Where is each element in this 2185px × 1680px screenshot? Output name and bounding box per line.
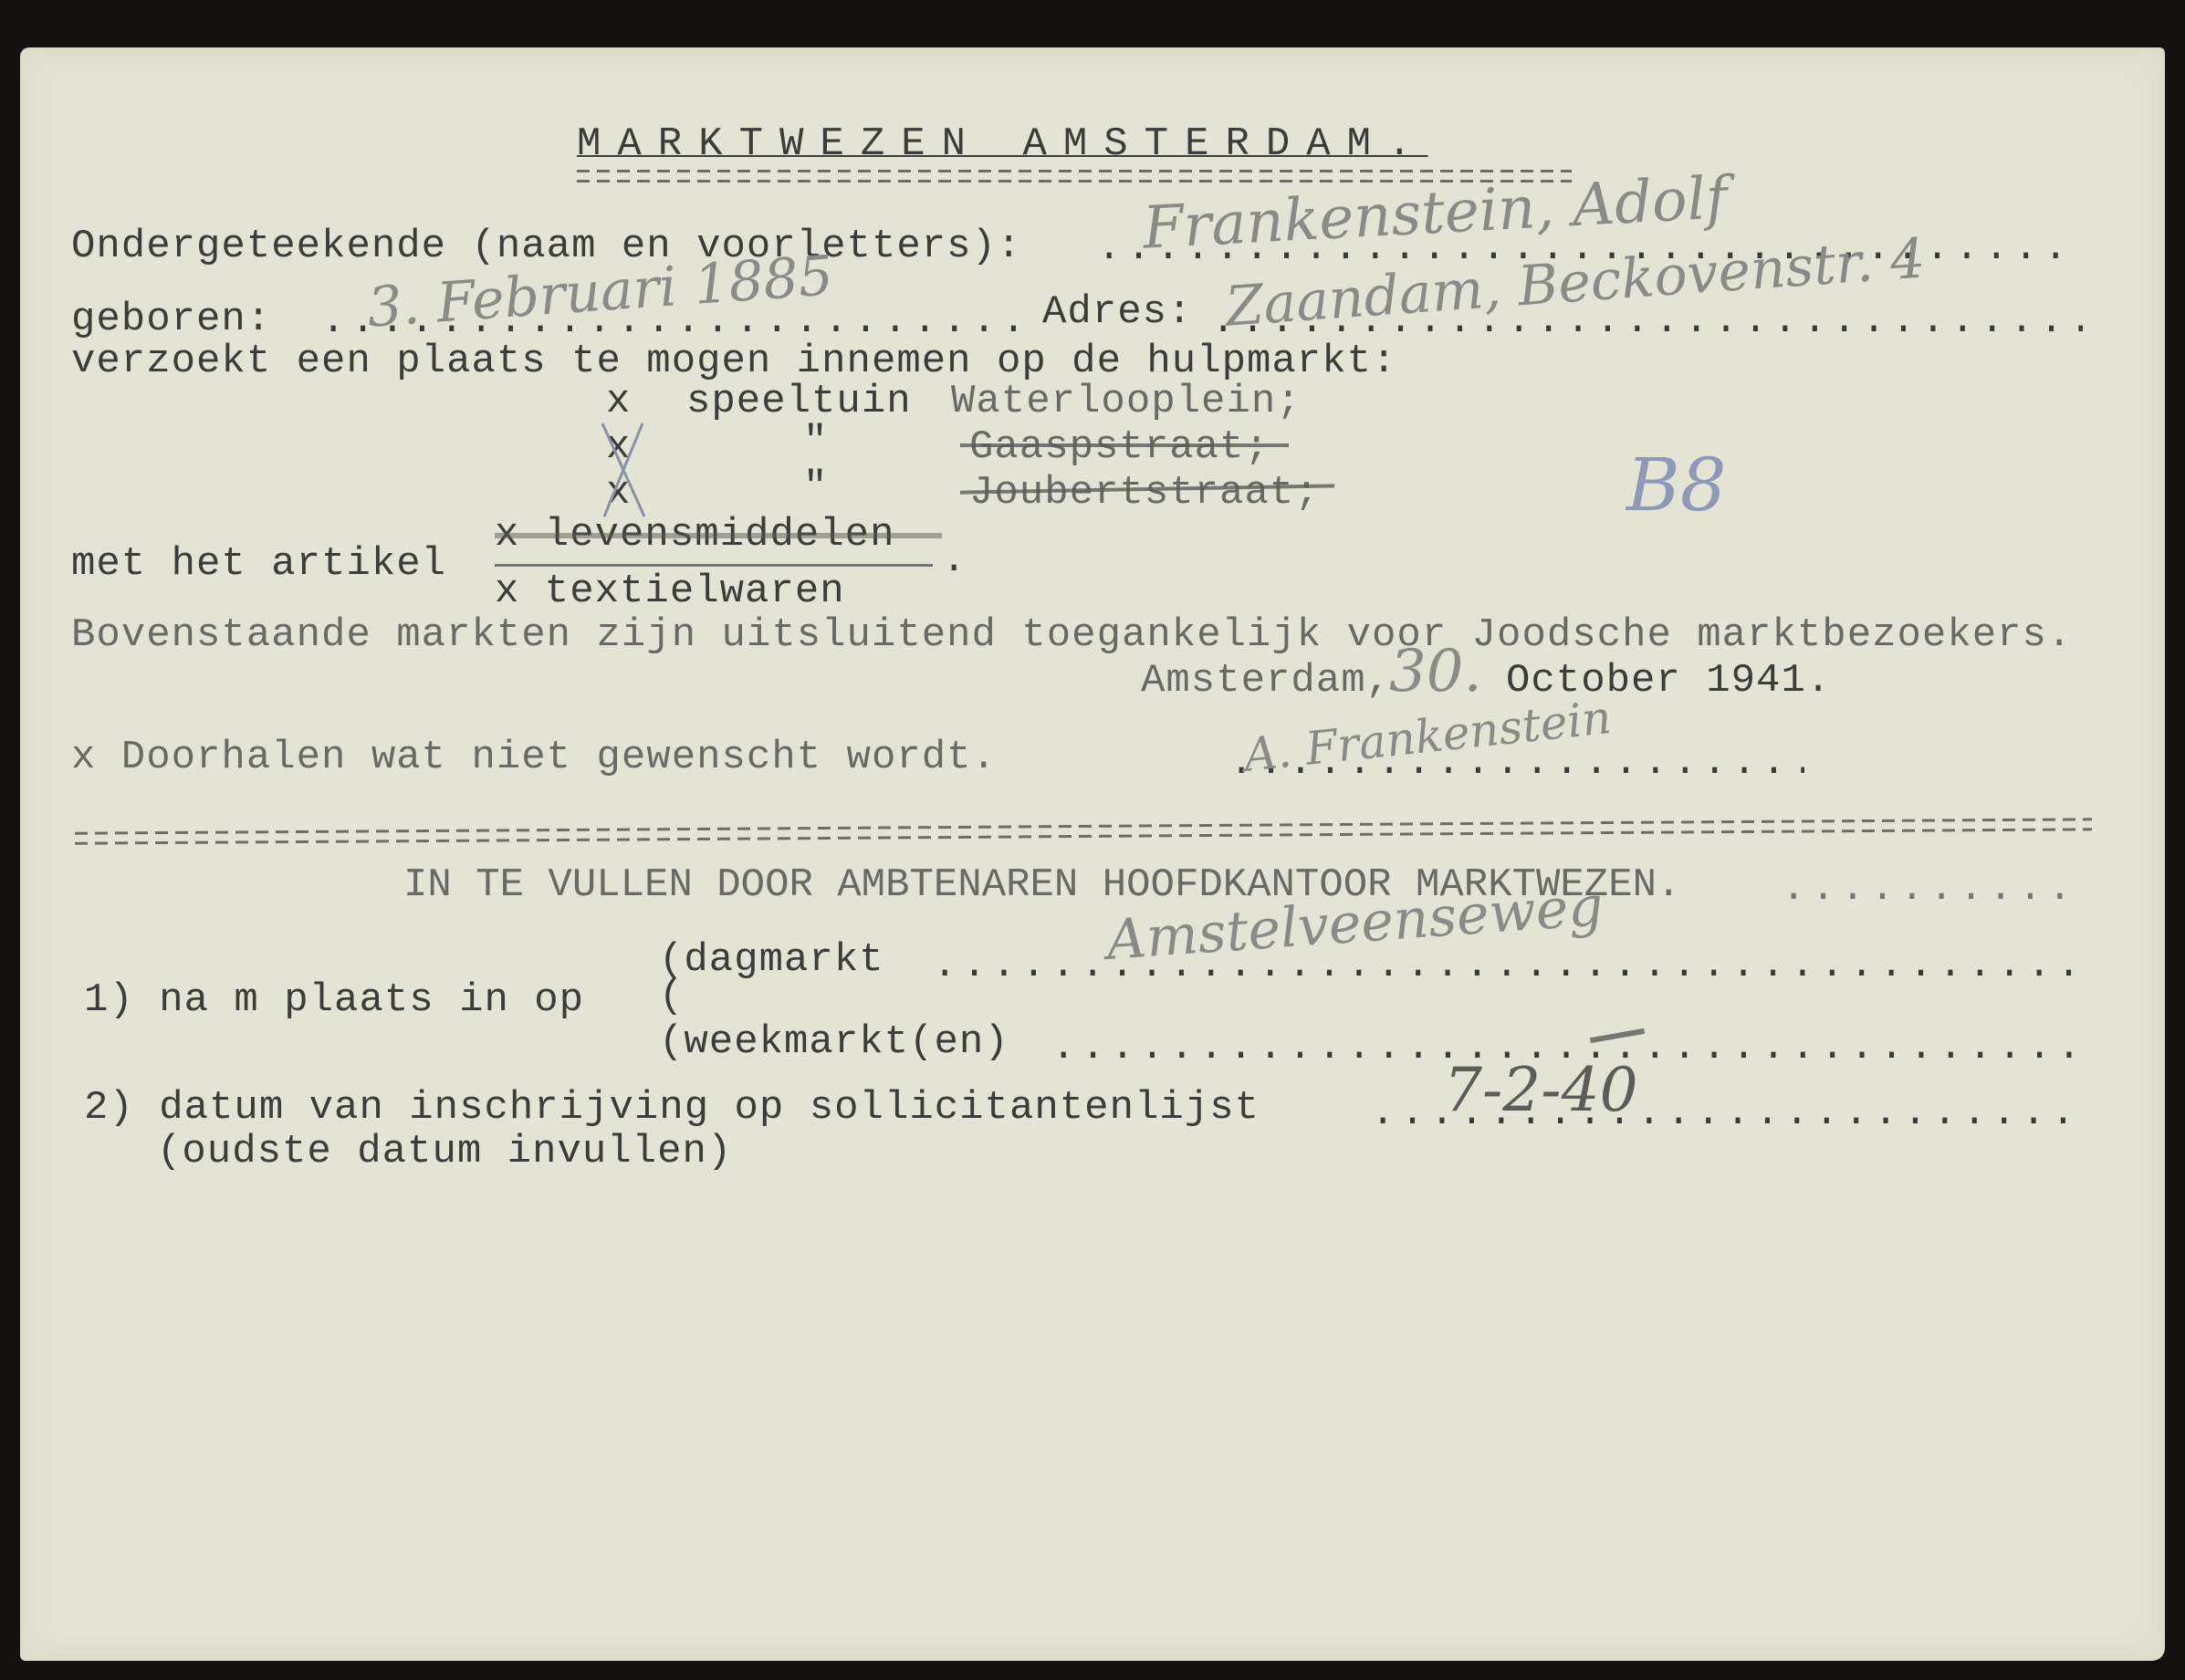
place-city: Amsterdam, — [1141, 661, 1391, 701]
item1-bracket: ( — [659, 976, 684, 1017]
market-name-waterlooplein: Waterlooplein; — [951, 381, 1302, 422]
document-paper: MARKTWEZEN AMSTERDAM. Ondergeteekende (n… — [20, 47, 2165, 1661]
birth-label: geboren: — [71, 299, 271, 339]
article-option-textielwaren: x textielwaren — [495, 571, 845, 611]
request-text: verzoekt een plaats te mogen innemen op … — [71, 341, 1396, 381]
weekmarkt-label: (weekmarkt(en) — [659, 1022, 1009, 1062]
market-name-gaaspstraat: Gaaspstraat; — [969, 427, 1270, 467]
margin-note-handwritten: B8 — [1626, 449, 1727, 522]
item2-date-handwritten: 7-2-40 — [1444, 1060, 1638, 1121]
cross-out-mark-icon — [595, 422, 650, 522]
article-period: . — [942, 540, 967, 580]
article-divider-line — [495, 564, 933, 567]
dagmarkt-label: (dagmarkt — [659, 940, 884, 980]
strike-levensmiddelen — [495, 533, 942, 538]
dagmarkt-dotted-field[interactable]: ........................................… — [933, 945, 2083, 986]
place-month-year: October 1941. — [1506, 661, 1831, 701]
notice-text: Bovenstaande markten zijn uitsluitend to… — [71, 615, 2072, 655]
market-prefix: speeltuin — [686, 381, 912, 422]
market-prefix: " — [803, 467, 828, 507]
item2-note: (oudste datum invullen) — [157, 1132, 732, 1172]
document-title: MARKTWEZEN AMSTERDAM. — [577, 124, 1428, 164]
market-prefix: " — [803, 422, 828, 462]
section-separator — [75, 818, 2092, 844]
item1-label: 1) na m plaats in op — [84, 980, 584, 1020]
address-label: Adres: — [1042, 292, 1192, 332]
office-header-trailing-dots: .......... — [1782, 869, 2083, 909]
date-day-handwritten: 30. — [1389, 642, 1482, 701]
footnote-text: x Doorhalen wat niet gewenscht wordt. — [71, 737, 997, 777]
strike-gaaspstraat — [960, 443, 1289, 447]
applicant-label: Ondergeteekende (naam en voorletters): — [71, 226, 1021, 266]
article-label: met het artikel — [71, 544, 446, 584]
market-mark: x — [606, 381, 631, 422]
item2-label: 2) datum van inschrijving op sollicitant… — [84, 1088, 1260, 1128]
